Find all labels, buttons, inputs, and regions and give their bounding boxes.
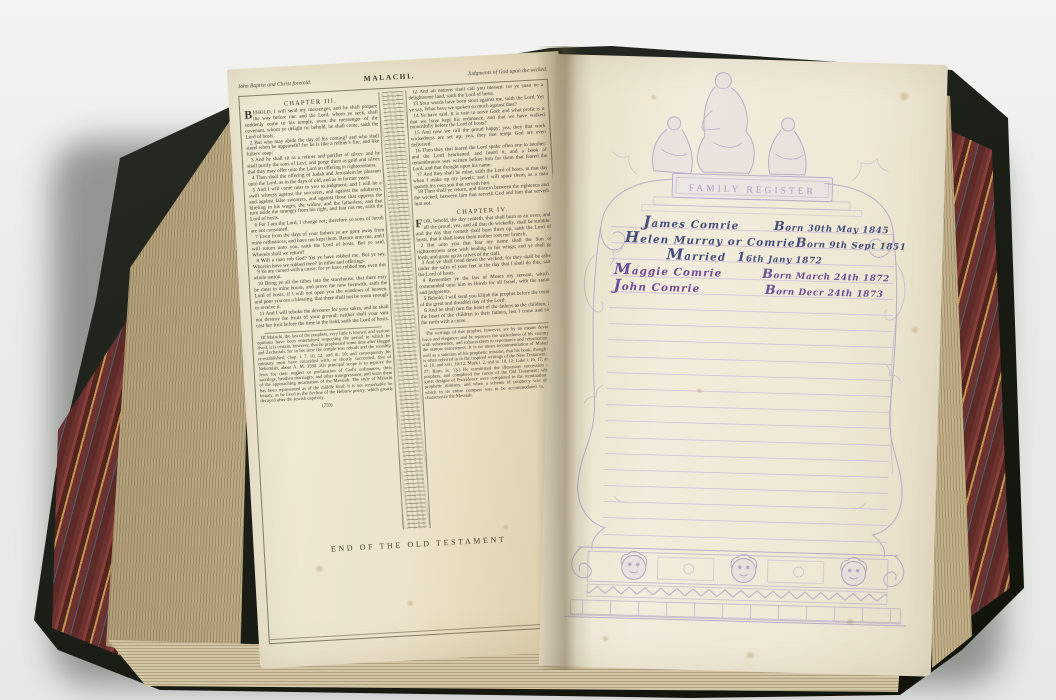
- running-head-right: Judgments of God upon the wicked.: [467, 67, 547, 77]
- commentary: Of Malachi, the last of the prophets, ve…: [257, 328, 394, 404]
- lion-mask: [620, 551, 647, 580]
- commentary: The writings of this prophet, however, a…: [422, 325, 561, 401]
- left-column: CHAPTER III. BEHOLD, I will send my mess…: [244, 92, 402, 537]
- bottom-frieze: [564, 546, 908, 626]
- family-register-engraving: FAMILY REGISTER: [539, 54, 948, 677]
- lion-mask: [840, 557, 867, 586]
- right-column: 12 And all nations shall call you blesse…: [408, 83, 567, 528]
- photo-backdrop: John Baptist and Christ foretold. MALACH…: [0, 0, 1056, 700]
- running-head-center: MALACHI.: [364, 71, 416, 83]
- register-vignette-figures: [652, 71, 808, 177]
- running-head-left: John Baptist and Christ foretold.: [238, 80, 312, 90]
- entry-name: John Comrie: [613, 276, 700, 296]
- lion-mask: [730, 554, 757, 583]
- left-page: John Baptist and Christ foretold. MALACH…: [227, 51, 592, 669]
- right-page: FAMILY REGISTER James Comrie Born 30th M…: [539, 54, 948, 677]
- end-of-old-testament: END OF THE OLD TESTAMENT: [265, 531, 573, 557]
- text-frame: CHAPTER III. BEHOLD, I will send my mess…: [238, 79, 578, 644]
